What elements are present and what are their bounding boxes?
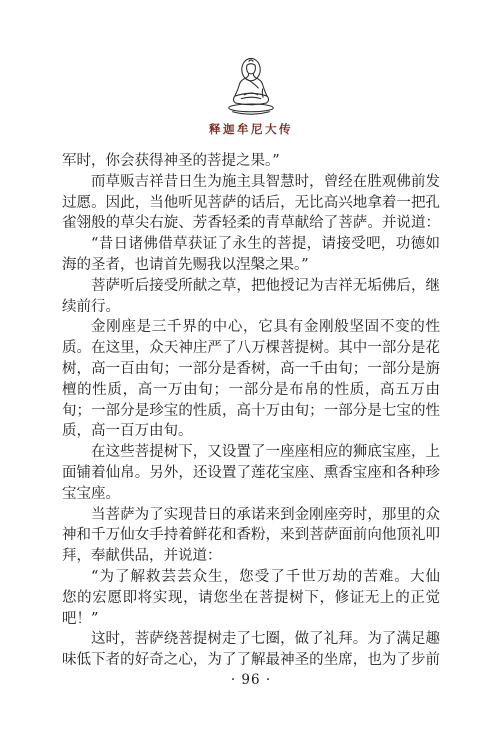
text-line: 拜，奉献供品，并说道： xyxy=(62,546,440,567)
text-line: 过愿。因此，当他听见菩萨的话后，无比高兴地拿着一把孔 xyxy=(62,193,440,214)
text-line: 旬；一部分是珍宝的性质，高十万由旬；一部分是七宝的性 xyxy=(62,401,440,422)
text-line: 续前行。 xyxy=(62,297,440,318)
book-title: 释迦牟尼大传 xyxy=(0,120,502,138)
text-line: 海的圣者，也请首先赐我以涅槃之果。” xyxy=(62,255,440,276)
text-line: 树，高一百由旬；一部分是香树，高一千由旬；一部分是旃 xyxy=(62,359,440,380)
book-page: 释迦牟尼大传 军时，你会获得神圣的菩提之果。”而草贩吉祥昔日生为施主具智慧时，曾… xyxy=(0,0,502,747)
buddha-illustration xyxy=(220,55,282,121)
text-line: 神和千万仙女手持着鲜花和香粉，来到菩萨面前向他顶礼叩 xyxy=(62,525,440,546)
text-line: 味低下者的好奇之心，为了了解最神圣的坐席，也为了步前 xyxy=(62,650,440,671)
text-line: 雀翎般的草尖右旋、芳香轻柔的青草献给了菩萨。并说道： xyxy=(62,213,440,234)
text-line: 质，高一百万由旬。 xyxy=(62,421,440,442)
body-text: 军时，你会获得神圣的菩提之果。”而草贩吉祥昔日生为施主具智慧时，曾经在胜观佛前发… xyxy=(62,151,440,671)
text-line: 檀的性质，高一万由旬；一部分是布帛的性质，高五万由 xyxy=(62,380,440,401)
text-line: 而草贩吉祥昔日生为施主具智慧时，曾经在胜观佛前发 xyxy=(62,172,440,193)
text-line: 菩萨听后接受所献之草，把他授记为吉祥无垢佛后，继 xyxy=(62,276,440,297)
text-line: 在这些菩提树下，又设置了一座座相应的狮底宝座，上 xyxy=(62,442,440,463)
text-line: 您的宏愿即将实现，请您坐在菩提树下，修证无上的正觉 xyxy=(62,588,440,609)
text-line: 面铺着仙帛。另外，还设置了莲花宝座、熏香宝座和各种珍 xyxy=(62,463,440,484)
text-line: 宝宝座。 xyxy=(62,484,440,505)
text-line: 金刚座是三千界的中心，它具有金刚般坚固不变的性 xyxy=(62,317,440,338)
text-line: “为了解救芸芸众生，您受了千世万劫的苦难。大仙啊！ xyxy=(62,567,440,588)
text-line: “昔日诸佛借草获证了永生的菩提，请接受吧，功德如 xyxy=(62,234,440,255)
text-line: 军时，你会获得神圣的菩提之果。” xyxy=(62,151,440,172)
text-line: 吧！” xyxy=(62,609,440,630)
text-line: 这时，菩萨绕菩提树走了七圈，做了礼拜。为了满足趣 xyxy=(62,629,440,650)
text-line: 当菩萨为了实现昔日的承诺来到金刚座旁时，那里的众 xyxy=(62,505,440,526)
text-line: 质。在这里，众天神庄严了八万棵菩提树。其中一部分是花 xyxy=(62,338,440,359)
page-number: · 96 · xyxy=(0,670,502,691)
